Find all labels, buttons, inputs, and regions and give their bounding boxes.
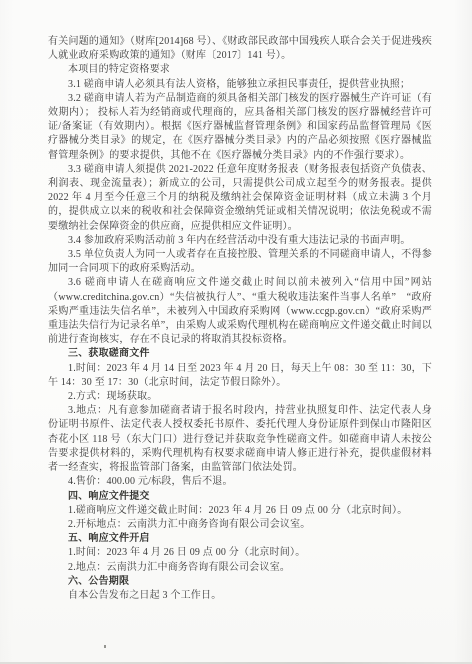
clause-3-4: 3.4 参加政府采购活动前 3 年内在经营活动中没有重大违法记录的书面声明。 [48, 234, 432, 248]
bid-opening-location: 2.开标地点：云南洪力汇中商务咨询有限公司会议室。 [48, 518, 432, 532]
clause-3-1: 3.1 磋商申请人必须具有法人资格，能够独立承担民事责任，提供营业执照； [48, 78, 432, 92]
announcement-period: 自本公告发布之日起 3 个工作日。 [48, 589, 432, 603]
clause-3-6: 3.6 磋商申请人在磋商响应文件递交截止时间以前未被列入“信用中国”网站（www… [48, 276, 432, 347]
specific-qualification-heading: 本项目的特定资格要求 [48, 63, 432, 77]
section-5-heading: 五、响应文件开启 [48, 532, 432, 546]
opening-time: 1.时间：2023 年 4 月 26 日 09 点 00 分（北京时间）。 [48, 546, 432, 560]
section-6-heading: 六、公告期限 [48, 575, 432, 589]
doc-obtain-location: 3.地点：凡有意参加磋商者请于报名时段内，持营业执照复印件、法定代表人身份证明书… [48, 404, 432, 475]
section-3-heading: 三、获取磋商文件 [48, 347, 432, 361]
clause-3-3: 3.3 磋商申请人须提供 2021-2022 任意年度财务报表（财务报表包括资产… [48, 163, 432, 234]
clause-3-2: 3.2 磋商申请人若为产品制造商的须具备相关部门核发的医疗器械生产许可证（有效期… [48, 92, 432, 163]
response-deadline: 1.磋商响应文件递交截止时间：2023 年 4 月 26 日 09 点 00 分… [48, 504, 432, 518]
doc-obtain-time: 1.时间：2023 年 4 月 14 日至 2023 年 4 月 20 日，每天… [48, 362, 432, 390]
doc-obtain-method: 2.方式：现场获取。 [48, 390, 432, 404]
opening-location: 2.地点：云南洪力汇中商务咨询有限公司会议室。 [48, 561, 432, 575]
notice-reference-continuation: 有关问题的通知》（财库[2014]68 号）、《财政部民政部中国残疾人联合会关于… [48, 35, 432, 63]
section-4-heading: 四、响应文件提交 [48, 490, 432, 504]
scan-speck [104, 645, 106, 648]
clause-3-5: 3.5 单位负责人为同一人或者存在直接控股、管理关系的不同磋商申请人，不得参加同… [48, 248, 432, 276]
scanned-document-page: 有关问题的通知》（财库[2014]68 号）、《财政部民政部中国残疾人联合会关于… [0, 0, 472, 664]
document-text-block: 有关问题的通知》（财库[2014]68 号）、《财政部民政部中国残疾人联合会关于… [48, 35, 432, 603]
doc-price: 4.售价：400.00 元/标段，售后不退。 [48, 475, 432, 489]
